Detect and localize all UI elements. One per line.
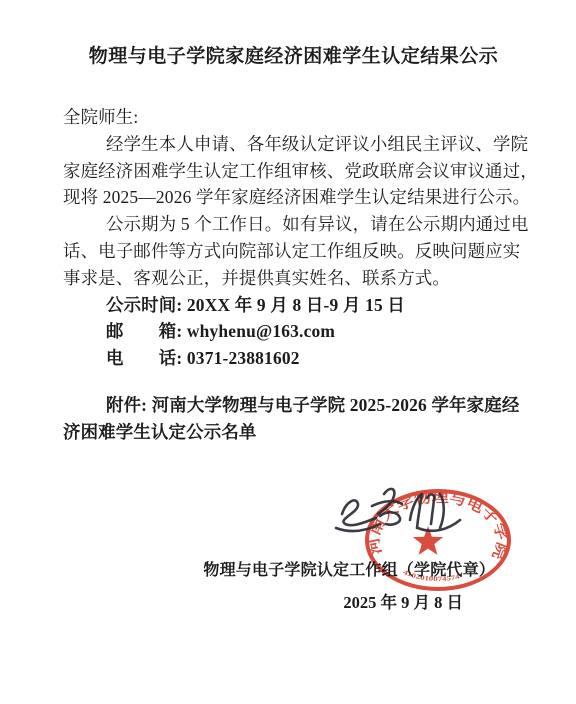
body-line: 话、电子邮件等方式向院部认定工作组反映。反映问题应实 (63, 238, 524, 265)
contact-info: 公示时间: 20XX 年 9 月 8 日-9 月 15 日 邮 箱: whyhe… (63, 292, 524, 372)
attachment-line: 附件: 河南大学物理与电子学院 2025-2026 学年家庭经 (63, 392, 524, 419)
paragraph-1: 经学生本人申请、各年级认定评议小组民主评议、学院 家庭经济困难学生认定工作组审核… (63, 131, 524, 211)
salutation: 全院师生: (63, 104, 524, 131)
body-line: 经学生本人申请、各年级认定评议小组民主评议、学院 (63, 131, 524, 158)
paragraph-2: 公示期为 5 个工作日。如有异议，请在公示期内通过电 话、电子邮件等方式向院部认… (63, 211, 524, 291)
body-line: 公示期为 5 个工作日。如有异议，请在公示期内通过电 (63, 211, 524, 238)
attachment-line: 济困难学生认定公示名单 (63, 419, 524, 446)
date-line: 2025 年 9 月 8 日 (343, 589, 463, 613)
scanned-notice-page: 物理与电子学院家庭经济困难学生认定结果公示 全院师生: 经学生本人申请、各年级认… (0, 0, 576, 704)
notice-body: 全院师生: 经学生本人申请、各年级认定评议小组民主评议、学院 家庭经济困难学生认… (0, 70, 576, 446)
email-line: 邮 箱: whyhenu@163.com (63, 318, 524, 345)
attachment: 附件: 河南大学物理与电子学院 2025-2026 学年家庭经 济困难学生认定公… (63, 392, 524, 446)
notice-title: 物理与电子学院家庭经济困难学生认定结果公示 (0, 0, 576, 70)
body-line: 家庭经济困难学生认定工作组审核、党政联席会议审议通过， (63, 158, 524, 185)
phone-line: 电 话: 0371-23881602 (63, 345, 524, 372)
handwritten-signature (332, 482, 462, 536)
publicity-period-line: 公示时间: 20XX 年 9 月 8 日-9 月 15 日 (63, 292, 524, 319)
body-line: 现将 2025—2026 学年家庭经济困难学生认定结果进行公示。 (63, 184, 524, 211)
body-line: 事求是、客观公正，并提供真实姓名、联系方式。 (63, 265, 524, 292)
issuer-line: 物理与电子学院认定工作组（学院代章） (203, 557, 495, 580)
